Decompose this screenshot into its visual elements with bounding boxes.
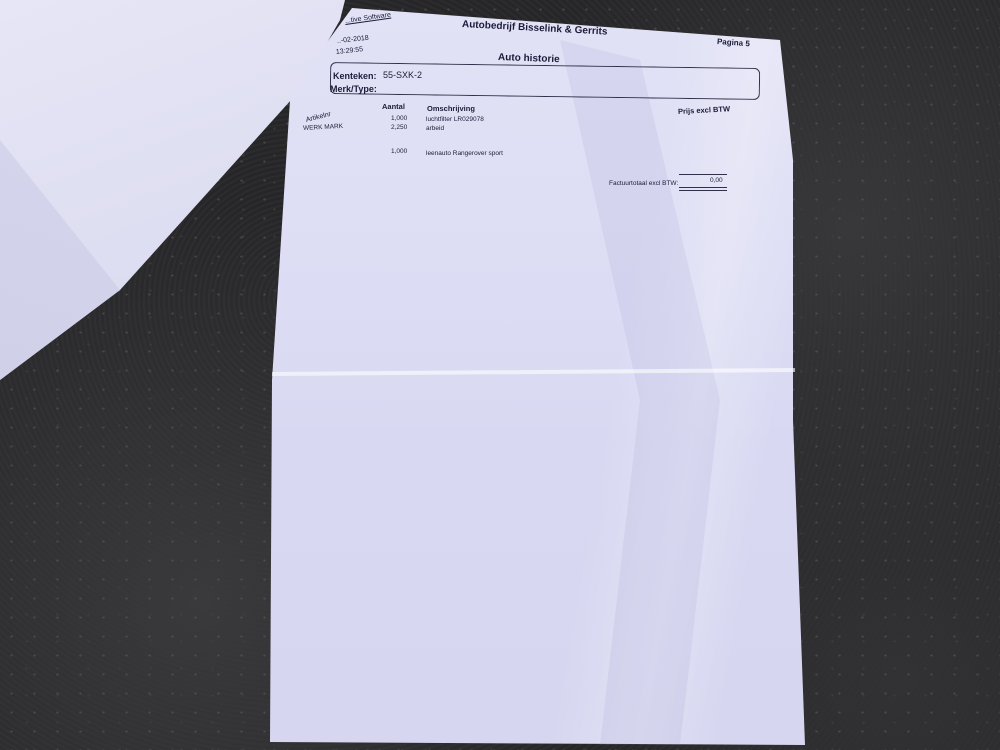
row-omschrijving: luchtfilter LR029078 xyxy=(426,116,484,123)
column-header-aantal: Aantal xyxy=(382,102,405,111)
total-label: Factuurtotaal excl BTW: xyxy=(609,180,678,187)
software-label: ...tive Software xyxy=(345,12,392,25)
row-aantal: 2,250 xyxy=(391,124,407,131)
total-double-rule-1 xyxy=(679,187,727,188)
plate-label: Kenteken: xyxy=(333,71,377,81)
company-name: Autobedrijf Bisselink & Gerrits xyxy=(462,19,608,38)
document-title: Auto historie xyxy=(498,52,560,65)
total-value: 0,00 xyxy=(710,177,723,184)
row-aantal: 1,000 xyxy=(391,148,407,155)
print-date: ..-02-2018 xyxy=(337,35,369,45)
row-artikelnr: WERK MARK xyxy=(303,123,343,132)
total-top-rule xyxy=(679,174,727,175)
print-time: 13:29:55 xyxy=(336,46,364,56)
auto-history-document: ...tive Software ..-02-2018 13:29:55 Aut… xyxy=(0,0,1000,750)
total-double-rule-2 xyxy=(679,190,727,191)
column-header-prijs: Prijs excl BTW xyxy=(678,104,731,116)
page-number: Pagina 5 xyxy=(717,37,750,48)
row-omschrijving: leenauto Rangerover sport xyxy=(426,150,503,157)
row-omschrijving: arbeid xyxy=(426,125,444,132)
plate-value: 55-SXK-2 xyxy=(383,70,422,80)
column-header-artikelnr: Artikelnr xyxy=(305,111,332,124)
column-header-omschrijving: Omschrijving xyxy=(427,104,475,113)
row-aantal: 1,000 xyxy=(391,115,407,122)
type-label: Merk/Type: xyxy=(330,84,377,94)
vehicle-info-box xyxy=(330,62,760,100)
